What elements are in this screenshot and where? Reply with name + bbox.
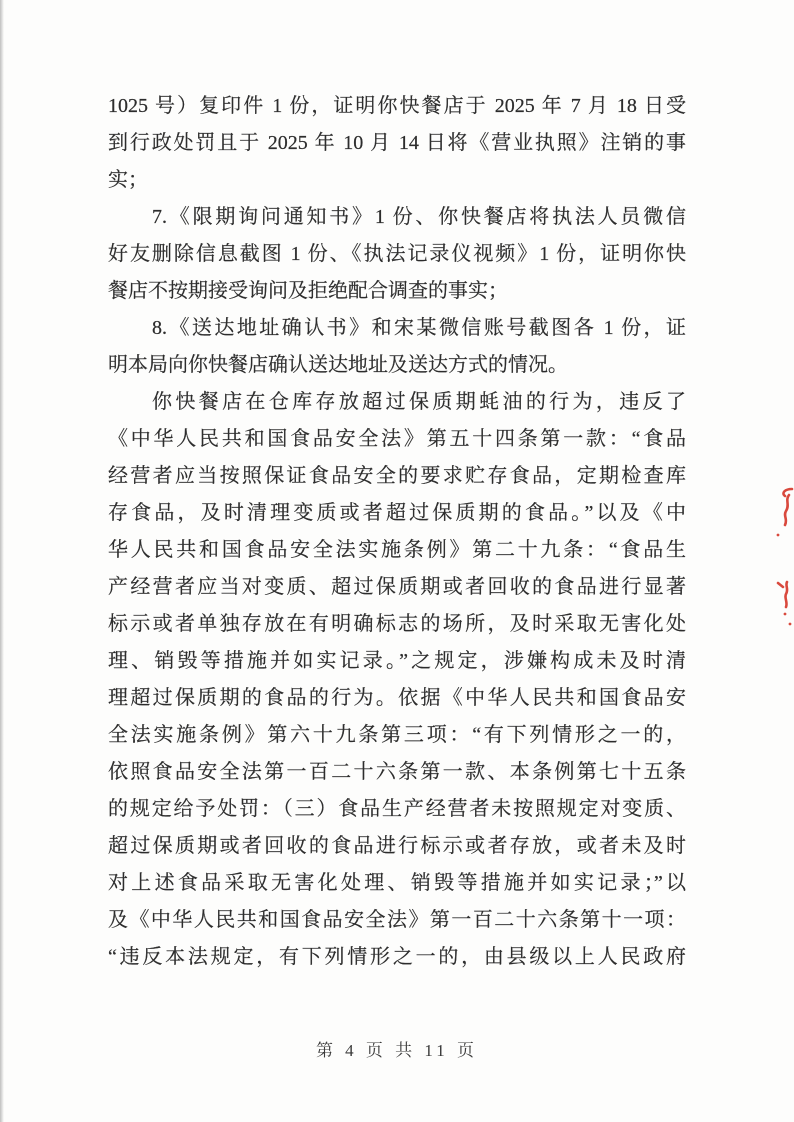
text-line: 对上述食品采取无害化处理、销毁等措施并如实记录；”以: [108, 865, 686, 902]
scan-edge-shadow: [0, 0, 4, 1122]
text-line: 理、销毁等措施并如实记录。”之规定，涉嫌构成未及时清: [108, 643, 686, 680]
text-line: 你快餐店在仓库存放超过保质期蚝油的行为，违反了: [108, 384, 686, 421]
scanned-document-page: 1025 号）复印件 1 份，证明你快餐店于 2025 年 7 月 18 日受到…: [0, 0, 794, 1122]
text-line: 到行政处罚且于 2025 年 10 月 14 日将《营业执照》注销的事: [108, 125, 686, 162]
text-line: 产经营者应当对变质、超过保质期或者回收的食品进行显著: [108, 569, 686, 606]
text-line: 餐店不按期接受询问及拒绝配合调查的事实；: [108, 273, 686, 310]
text-line: 及《中华人民共和国食品安全法》第一百二十六条第十一项：: [108, 902, 686, 939]
text-line: 好友删除信息截图 1 份、《执法记录仪视频》1 份，证明你快: [108, 236, 686, 273]
text-line: 《中华人民共和国食品安全法》第五十四条第一款：“食品: [108, 421, 686, 458]
text-line: 明本局向你快餐店确认送达地址及送达方式的情况。: [108, 347, 686, 384]
text-line: 超过保质期或者回收的食品进行标示或者存放，或者未及时: [108, 828, 686, 865]
text-line: 华人民共和国食品安全法实施条例》第二十九条：“食品生: [108, 532, 686, 569]
page-number: 第 4 页 共 11 页: [0, 1036, 794, 1061]
red-ink-mark-icon: [774, 486, 794, 542]
text-line: 7.《限期询问通知书》1 份、你快餐店将执法人员微信: [108, 199, 686, 236]
red-ink-mark-icon: [774, 580, 794, 630]
text-line: 经营者应当按照保证食品安全的要求贮存食品，定期检查库: [108, 458, 686, 495]
text-line: “违反本法规定，有下列情形之一的，由县级以上人民政府: [108, 939, 686, 976]
text-line: 实；: [108, 162, 686, 199]
text-line: 8.《送达地址确认书》和宋某微信账号截图各 1 份，证: [108, 310, 686, 347]
text-line: 标示或者单独存放在有明确标志的场所，及时采取无害化处: [108, 606, 686, 643]
text-line: 的规定给予处罚：（三）食品生产经营者未按照规定对变质、: [108, 791, 686, 828]
text-line: 1025 号）复印件 1 份，证明你快餐店于 2025 年 7 月 18 日受: [108, 88, 686, 125]
text-line: 理超过保质期的食品的行为。依据《中华人民共和国食品安: [108, 680, 686, 717]
text-line: 存食品，及时清理变质或者超过保质期的食品。”以及《中: [108, 495, 686, 532]
text-line: 全法实施条例》第六十九条第三项：“有下列情形之一的，: [108, 717, 686, 754]
text-block: 1025 号）复印件 1 份，证明你快餐店于 2025 年 7 月 18 日受到…: [108, 88, 686, 976]
text-line: 依照食品安全法第一百二十六条第一款、本条例第七十五条: [108, 754, 686, 791]
